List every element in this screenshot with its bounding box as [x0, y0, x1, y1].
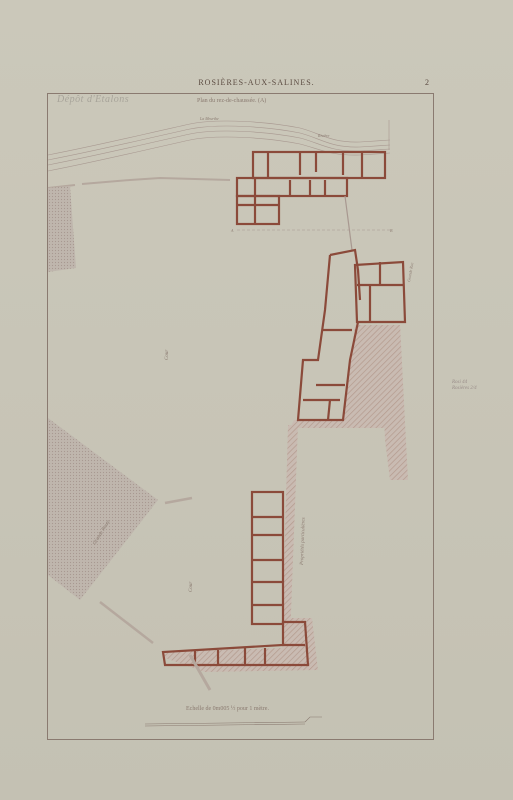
floor-plan-drawing: La Meurthe Rivière Grande Route A B — [0, 0, 513, 800]
hatched-area-grande-route — [48, 418, 158, 600]
lower-building — [163, 492, 318, 672]
scale-label: Echelle de 0m005 ½ pour 1 mètre. — [186, 706, 269, 712]
cour-lower-label: Cour — [189, 582, 194, 592]
river-right-label: Rivière — [317, 133, 330, 138]
passage — [345, 196, 352, 250]
long-boundary-wall — [282, 425, 298, 640]
wall-fragment — [165, 498, 192, 503]
pencil-annotation: Rosi 44 Rosières 2/4 — [452, 380, 477, 392]
upper-building — [237, 152, 385, 224]
grande-rue-label: Grande Rue — [406, 262, 414, 282]
hatched-area-upper-left — [48, 186, 76, 272]
section-b-marker: B — [390, 228, 393, 233]
propriete-label: Propriétés particulières — [300, 517, 307, 566]
wall-fragment — [100, 602, 153, 643]
road-edge — [48, 178, 230, 188]
section-a-marker: A — [230, 228, 234, 233]
cour-upper-label: Cour — [165, 350, 170, 360]
river-meurthe — [48, 120, 390, 171]
scale-bar — [145, 717, 322, 726]
river-label: La Meurthe — [199, 116, 219, 121]
middle-building — [290, 250, 408, 480]
